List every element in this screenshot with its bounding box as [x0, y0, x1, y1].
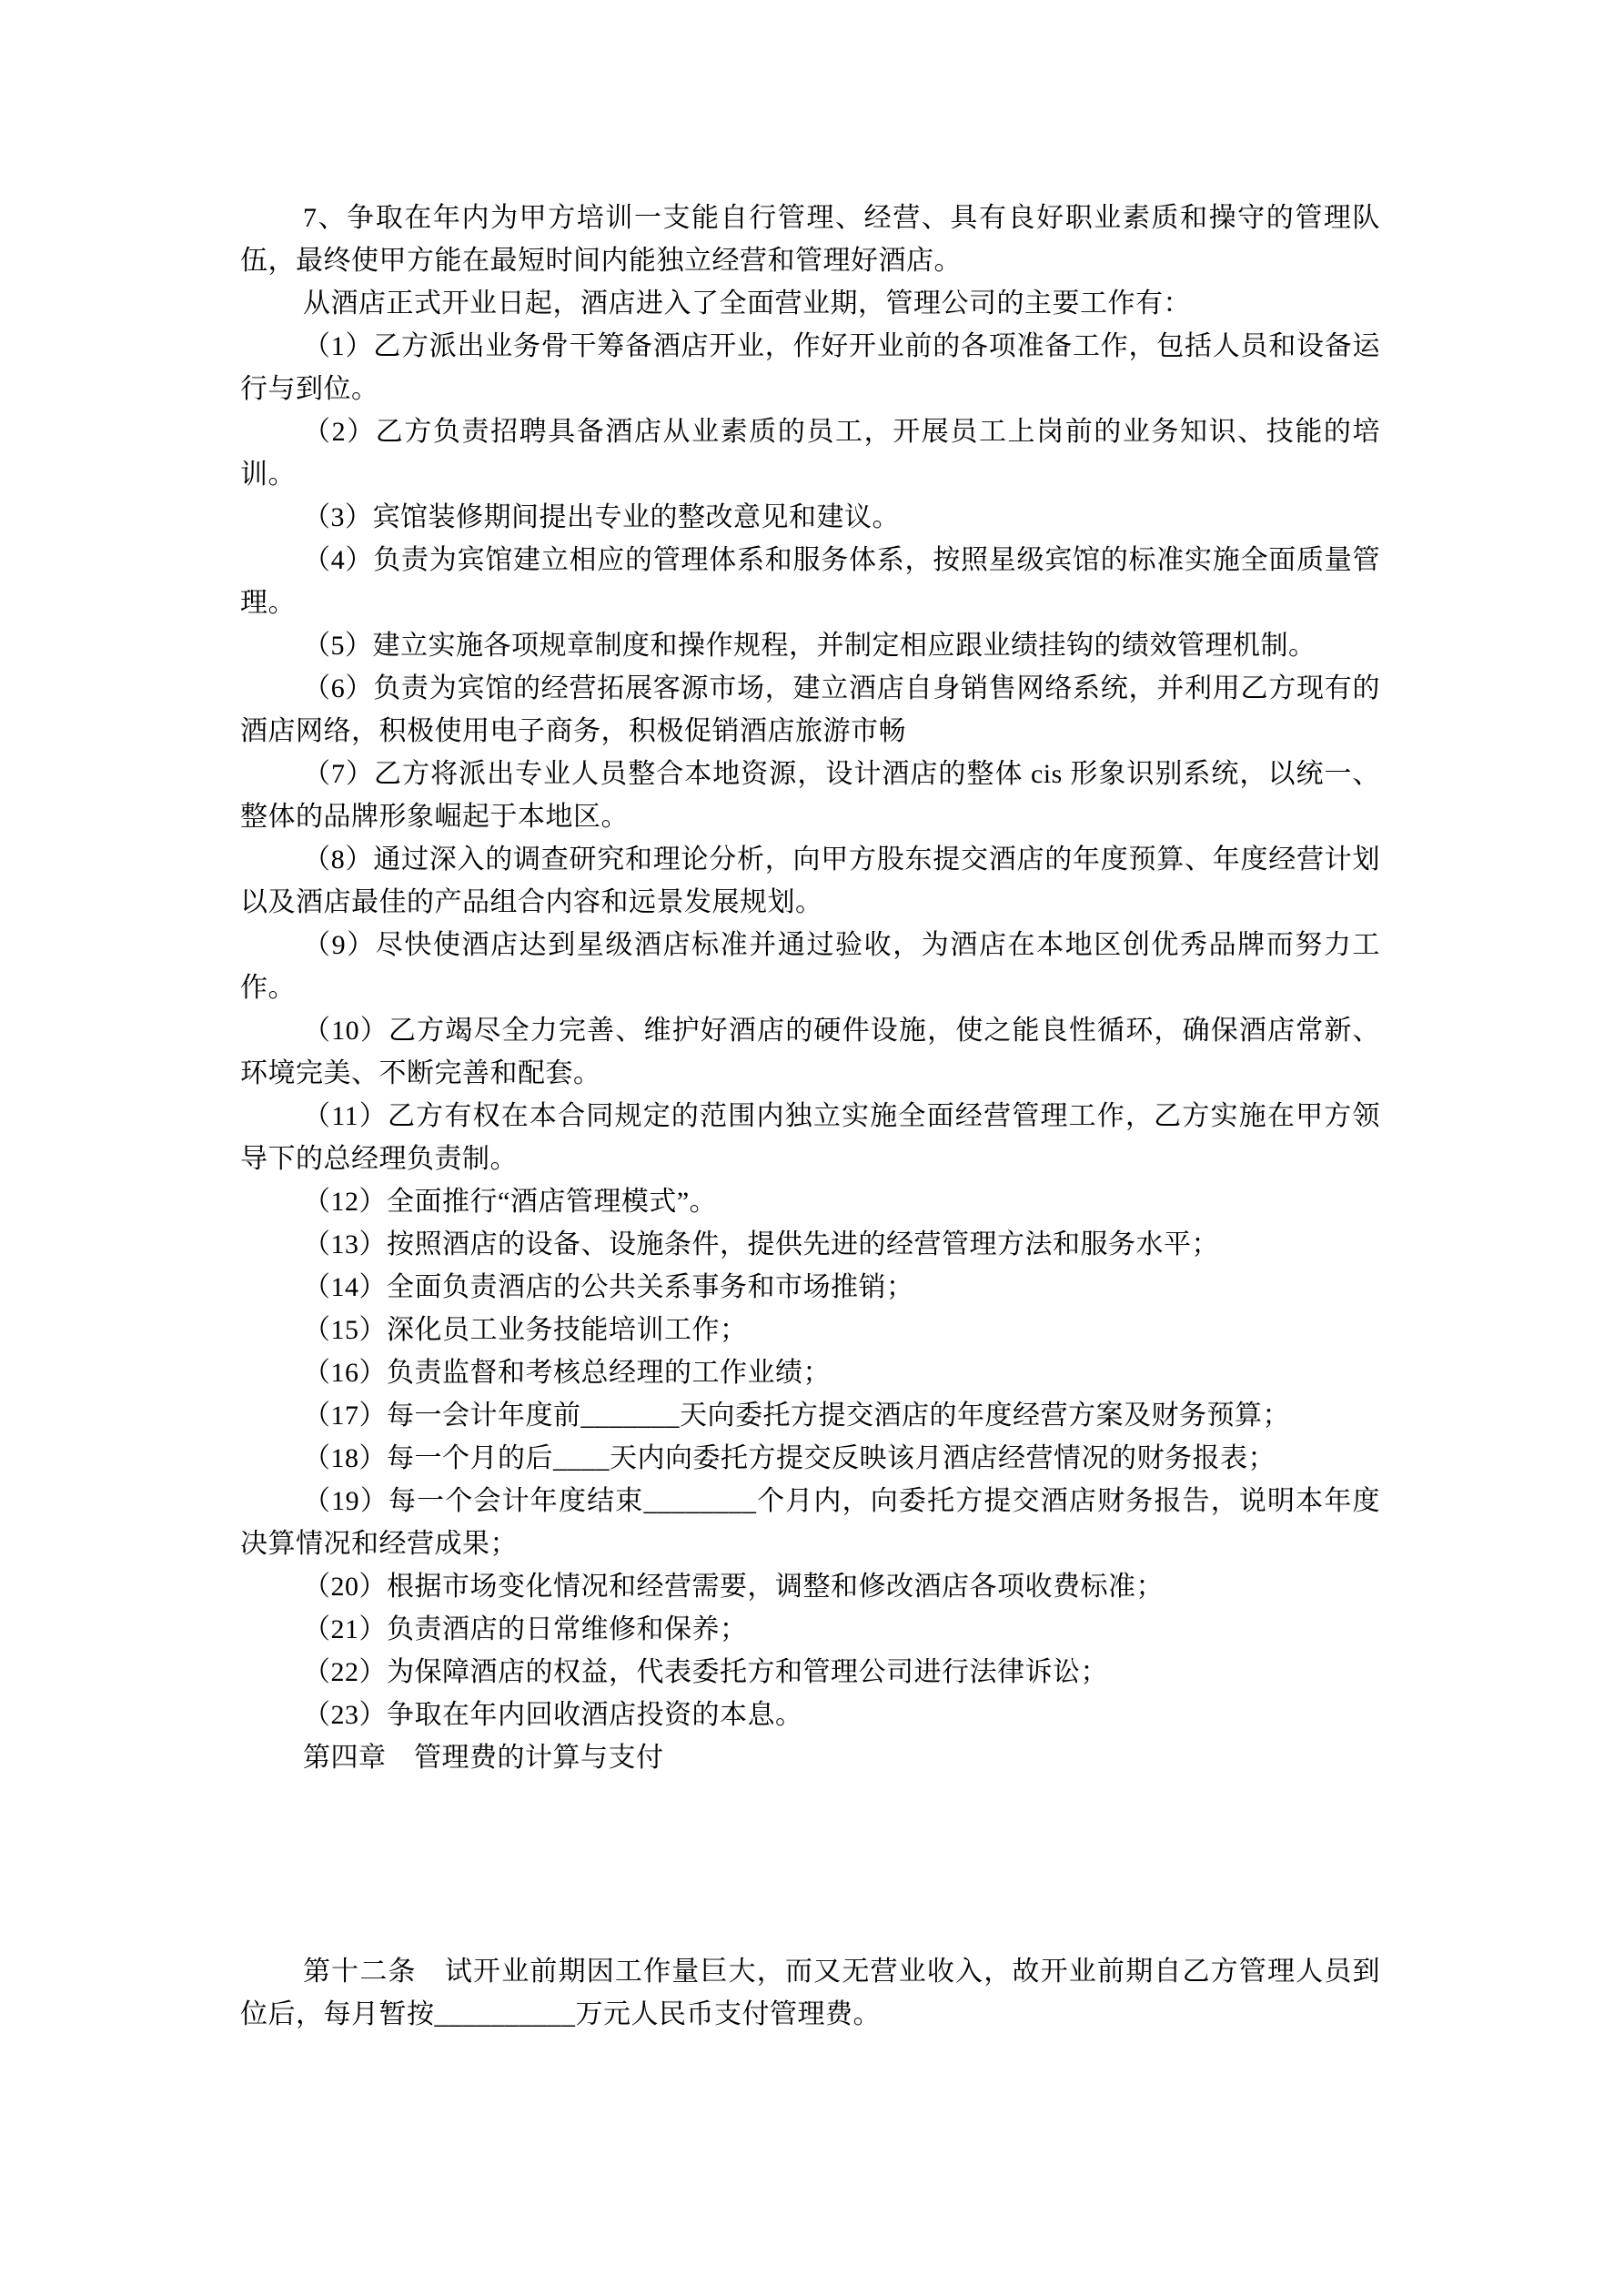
- paragraph: （22）为保障酒店的权益，代表委托方和管理公司进行法律诉讼；: [240, 1651, 1380, 1694]
- paragraph: （4）负责为宾馆建立相应的管理体系和服务体系，按照星级宾馆的标准实施全面质量管理…: [240, 539, 1380, 624]
- paragraph: （10）乙方竭尽全力完善、维护好酒店的硬件设施，使之能良性循环，确保酒店常新、环…: [240, 1009, 1380, 1095]
- paragraph: （11）乙方有权在本合同规定的范围内独立实施全面经营管理工作，乙方实施在甲方领导…: [240, 1095, 1380, 1180]
- paragraph: （21）负责酒店的日常维修和保养；: [240, 1608, 1380, 1651]
- paragraph: （3）宾馆装修期间提出专业的整改意见和建议。: [240, 496, 1380, 539]
- paragraph: 7、争取在年内为甲方培训一支能自行管理、经营、具有良好职业素质和操守的管理队伍，…: [240, 197, 1380, 282]
- paragraph: （20）根据市场变化情况和经营需要，调整和修改酒店各项收费标准；: [240, 1565, 1380, 1608]
- paragraph: 第十二条 试开业前期因工作量巨大，而又无营业收入，故开业前期自乙方管理人员到位后…: [240, 1950, 1380, 2036]
- paragraph: （8）通过深入的调查研究和理论分析，向甲方股东提交酒店的年度预算、年度经营计划以…: [240, 838, 1380, 924]
- paragraph: （7）乙方将派出专业人员整合本地资源，设计酒店的整体 cis 形象识别系统，以统…: [240, 753, 1380, 838]
- paragraph: （1）乙方派出业务骨干筹备酒店开业，作好开业前的各项准备工作，包括人员和设备运行…: [240, 325, 1380, 410]
- paragraph: 从酒店正式开业日起，酒店进入了全面营业期，管理公司的主要工作有：: [240, 282, 1380, 325]
- paragraph: （17）每一会计年度前_______天向委托方提交酒店的年度经营方案及财务预算；: [240, 1394, 1380, 1437]
- paragraph: （14）全面负责酒店的公共关系事务和市场推销；: [240, 1266, 1380, 1309]
- paragraph: （5）建立实施各项规章制度和操作规程，并制定相应跟业绩挂钩的绩效管理机制。: [240, 624, 1380, 667]
- paragraph: （18）每一个月的后____天内向委托方提交反映该月酒店经营情况的财务报表；: [240, 1437, 1380, 1480]
- paragraph: （12）全面推行“酒店管理模式”。: [240, 1180, 1380, 1223]
- paragraph: （9）尽快使酒店达到星级酒店标准并通过验收，为酒店在本地区创优秀品牌而努力工作。: [240, 924, 1380, 1009]
- paragraph: （23）争取在年内回收酒店投资的本息。: [240, 1694, 1380, 1736]
- paragraph: （13）按照酒店的设备、设施条件，提供先进的经营管理方法和服务水平；: [240, 1223, 1380, 1266]
- paragraph: （2）乙方负责招聘具备酒店从业素质的员工，开展员工上岗前的业务知识、技能的培训。: [240, 410, 1380, 496]
- paragraph: （15）深化员工业务技能培训工作；: [240, 1309, 1380, 1351]
- paragraph: （19）每一个会计年度结束________个月内，向委托方提交酒店财务报告，说明…: [240, 1480, 1380, 1565]
- document-page: 7、争取在年内为甲方培训一支能自行管理、经营、具有良好职业素质和操守的管理队伍，…: [0, 0, 1624, 2296]
- paragraph: （6）负责为宾馆的经营拓展客源市场，建立酒店自身销售网络系统，并利用乙方现有的酒…: [240, 667, 1380, 753]
- paragraph: （16）负责监督和考核总经理的工作业绩；: [240, 1351, 1380, 1394]
- paragraph: 第四章 管理费的计算与支付: [240, 1736, 1380, 1779]
